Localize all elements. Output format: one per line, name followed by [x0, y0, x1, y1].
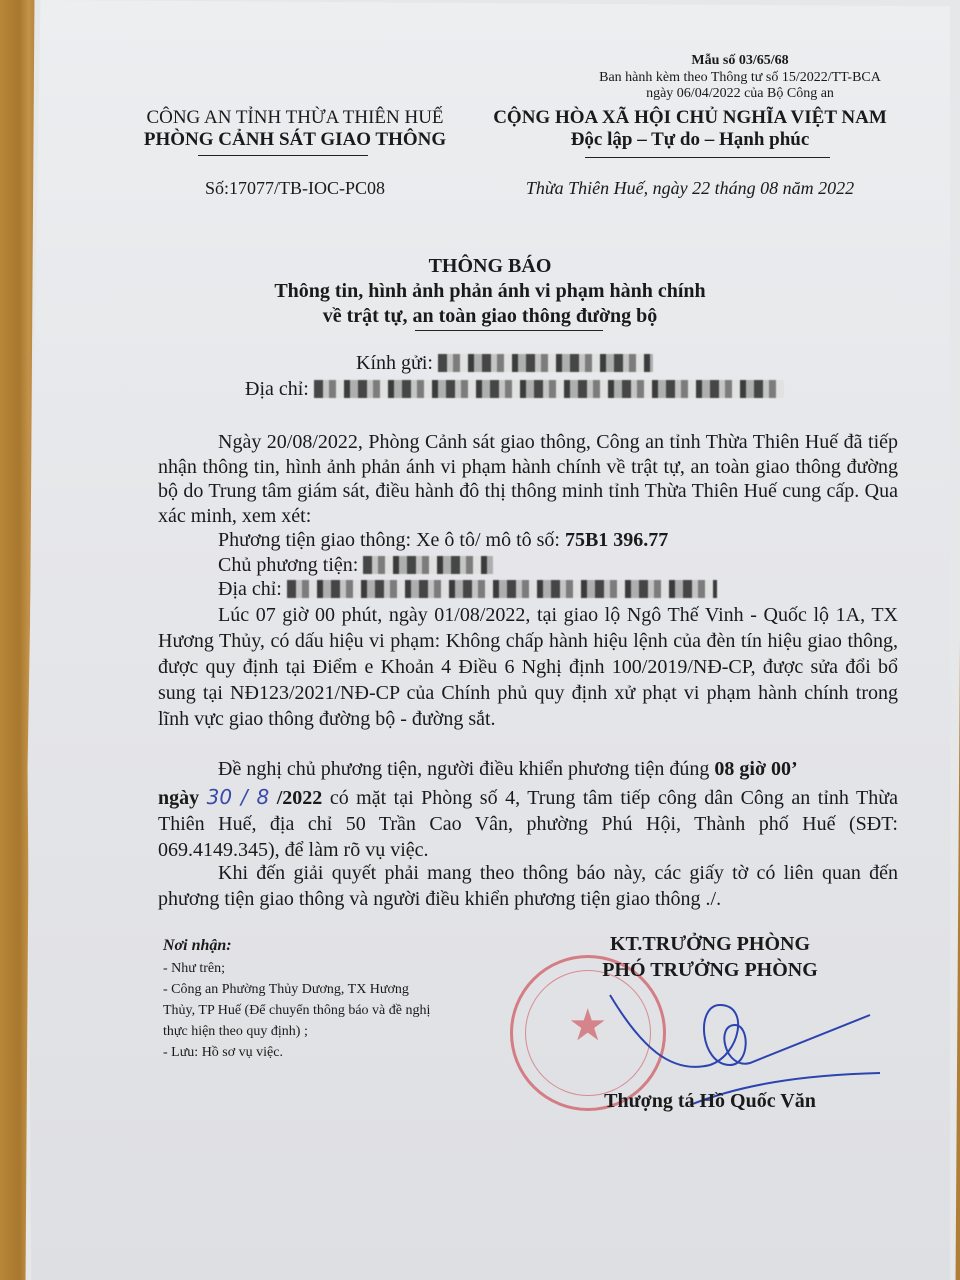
recipient-item: thực hiện theo quy định) ; [163, 1021, 430, 1042]
document-number: Số:17077/TB-IOC-PC08 [125, 178, 465, 199]
appointment-time: 08 giờ 00’ [714, 758, 797, 780]
recipient-line: Kính gửi: [356, 352, 653, 375]
owner-address-line: Địa chỉ: [218, 578, 717, 601]
document-subtitle-1: Thông tin, hình ảnh phản ánh vi phạm hàn… [150, 280, 830, 303]
paragraph-intro: Ngày 20/08/2022, Phòng Cảnh sát giao thô… [158, 430, 898, 528]
recipients-list: - Như trên; - Công an Phường Thủy Dương,… [163, 958, 430, 1063]
recipient-address-label: Địa chỉ: [245, 378, 309, 400]
signature-title-1: KT.TRƯỞNG PHÒNG [560, 933, 860, 956]
document-title: THÔNG BÁO [150, 255, 830, 278]
agency-parent: CÔNG AN TỈNH THỪA THIÊN HUẾ [125, 107, 465, 129]
recipient-item: - Lưu: Hồ sơ vụ việc. [163, 1042, 430, 1063]
paragraph-violation: Lúc 07 giờ 00 phút, ngày 01/08/2022, tại… [158, 602, 898, 732]
appointment-details: có mặt tại Phòng số 4, Trung tâm tiếp cô… [158, 787, 898, 861]
vehicle-label: Phương tiện giao thông: Xe ô tô/ mô tô s… [218, 529, 560, 551]
issued-with: Ban hành kèm theo Thông tư số 15/2022/TT… [560, 70, 920, 86]
issued-date: ngày 06/04/2022 của Bộ Công an [560, 86, 920, 102]
agency-underline [198, 155, 368, 156]
recipient-item: - Công an Phường Thủy Dương, TX Hương [163, 979, 430, 1000]
owner-label: Chủ phương tiện: [218, 554, 358, 576]
vehicle-line: Phương tiện giao thông: Xe ô tô/ mô tô s… [218, 529, 668, 552]
recipient-label: Kính gửi: [356, 352, 433, 374]
signer-name: Thượng tá Hồ Quốc Văn [560, 1090, 860, 1113]
form-number: Mẫu số 03/65/68 [620, 53, 860, 69]
recipient-item: Thủy, TP Huế (Để chuyển thông báo và đề … [163, 1000, 430, 1021]
redacted-recipient-address [314, 380, 784, 398]
owner-line: Chủ phương tiện: [218, 554, 493, 577]
owner-address-label: Địa chỉ: [218, 578, 282, 600]
request-text: Đề nghị chủ phương tiện, người điều khiể… [218, 758, 709, 780]
document-subtitle-2: về trật tự, an toàn giao thông đường bộ [150, 305, 830, 328]
paragraph-request-rest: ngày 30 / 8 /2022 có mặt tại Phòng số 4,… [158, 784, 898, 863]
signature-scribble [600, 985, 880, 1105]
agency-name: PHÒNG CẢNH SÁT GIAO THÔNG [125, 129, 465, 151]
paragraph-documents: Khi đến giải quyết phải mang theo thông … [158, 860, 898, 912]
signature-title-2: PHÓ TRƯỞNG PHÒNG [560, 959, 860, 982]
motto: Độc lập – Tự do – Hạnh phúc [470, 129, 910, 151]
redacted-owner-address [287, 580, 717, 598]
title-underline [415, 330, 603, 331]
recipient-address-line: Địa chỉ: [245, 378, 784, 401]
appointment-year: /2022 [277, 787, 323, 809]
redacted-owner-name [363, 556, 493, 574]
motto-underline [585, 157, 830, 158]
recipient-item: - Như trên; [163, 958, 430, 979]
recipients-title: Nơi nhận: [163, 937, 232, 955]
place-date: Thừa Thiên Huế, ngày 22 tháng 08 năm 202… [470, 178, 910, 199]
paragraph-request-line1: Đề nghị chủ phương tiện, người điều khiể… [218, 758, 898, 781]
day-label: ngày [158, 787, 199, 809]
handwritten-date: 30 / 8 [207, 785, 270, 809]
vehicle-plate: 75B1 396.77 [565, 529, 668, 551]
country-name: CỘNG HÒA XÃ HỘI CHỦ NGHĨA VIỆT NAM [470, 107, 910, 129]
redacted-recipient-name [438, 354, 653, 372]
